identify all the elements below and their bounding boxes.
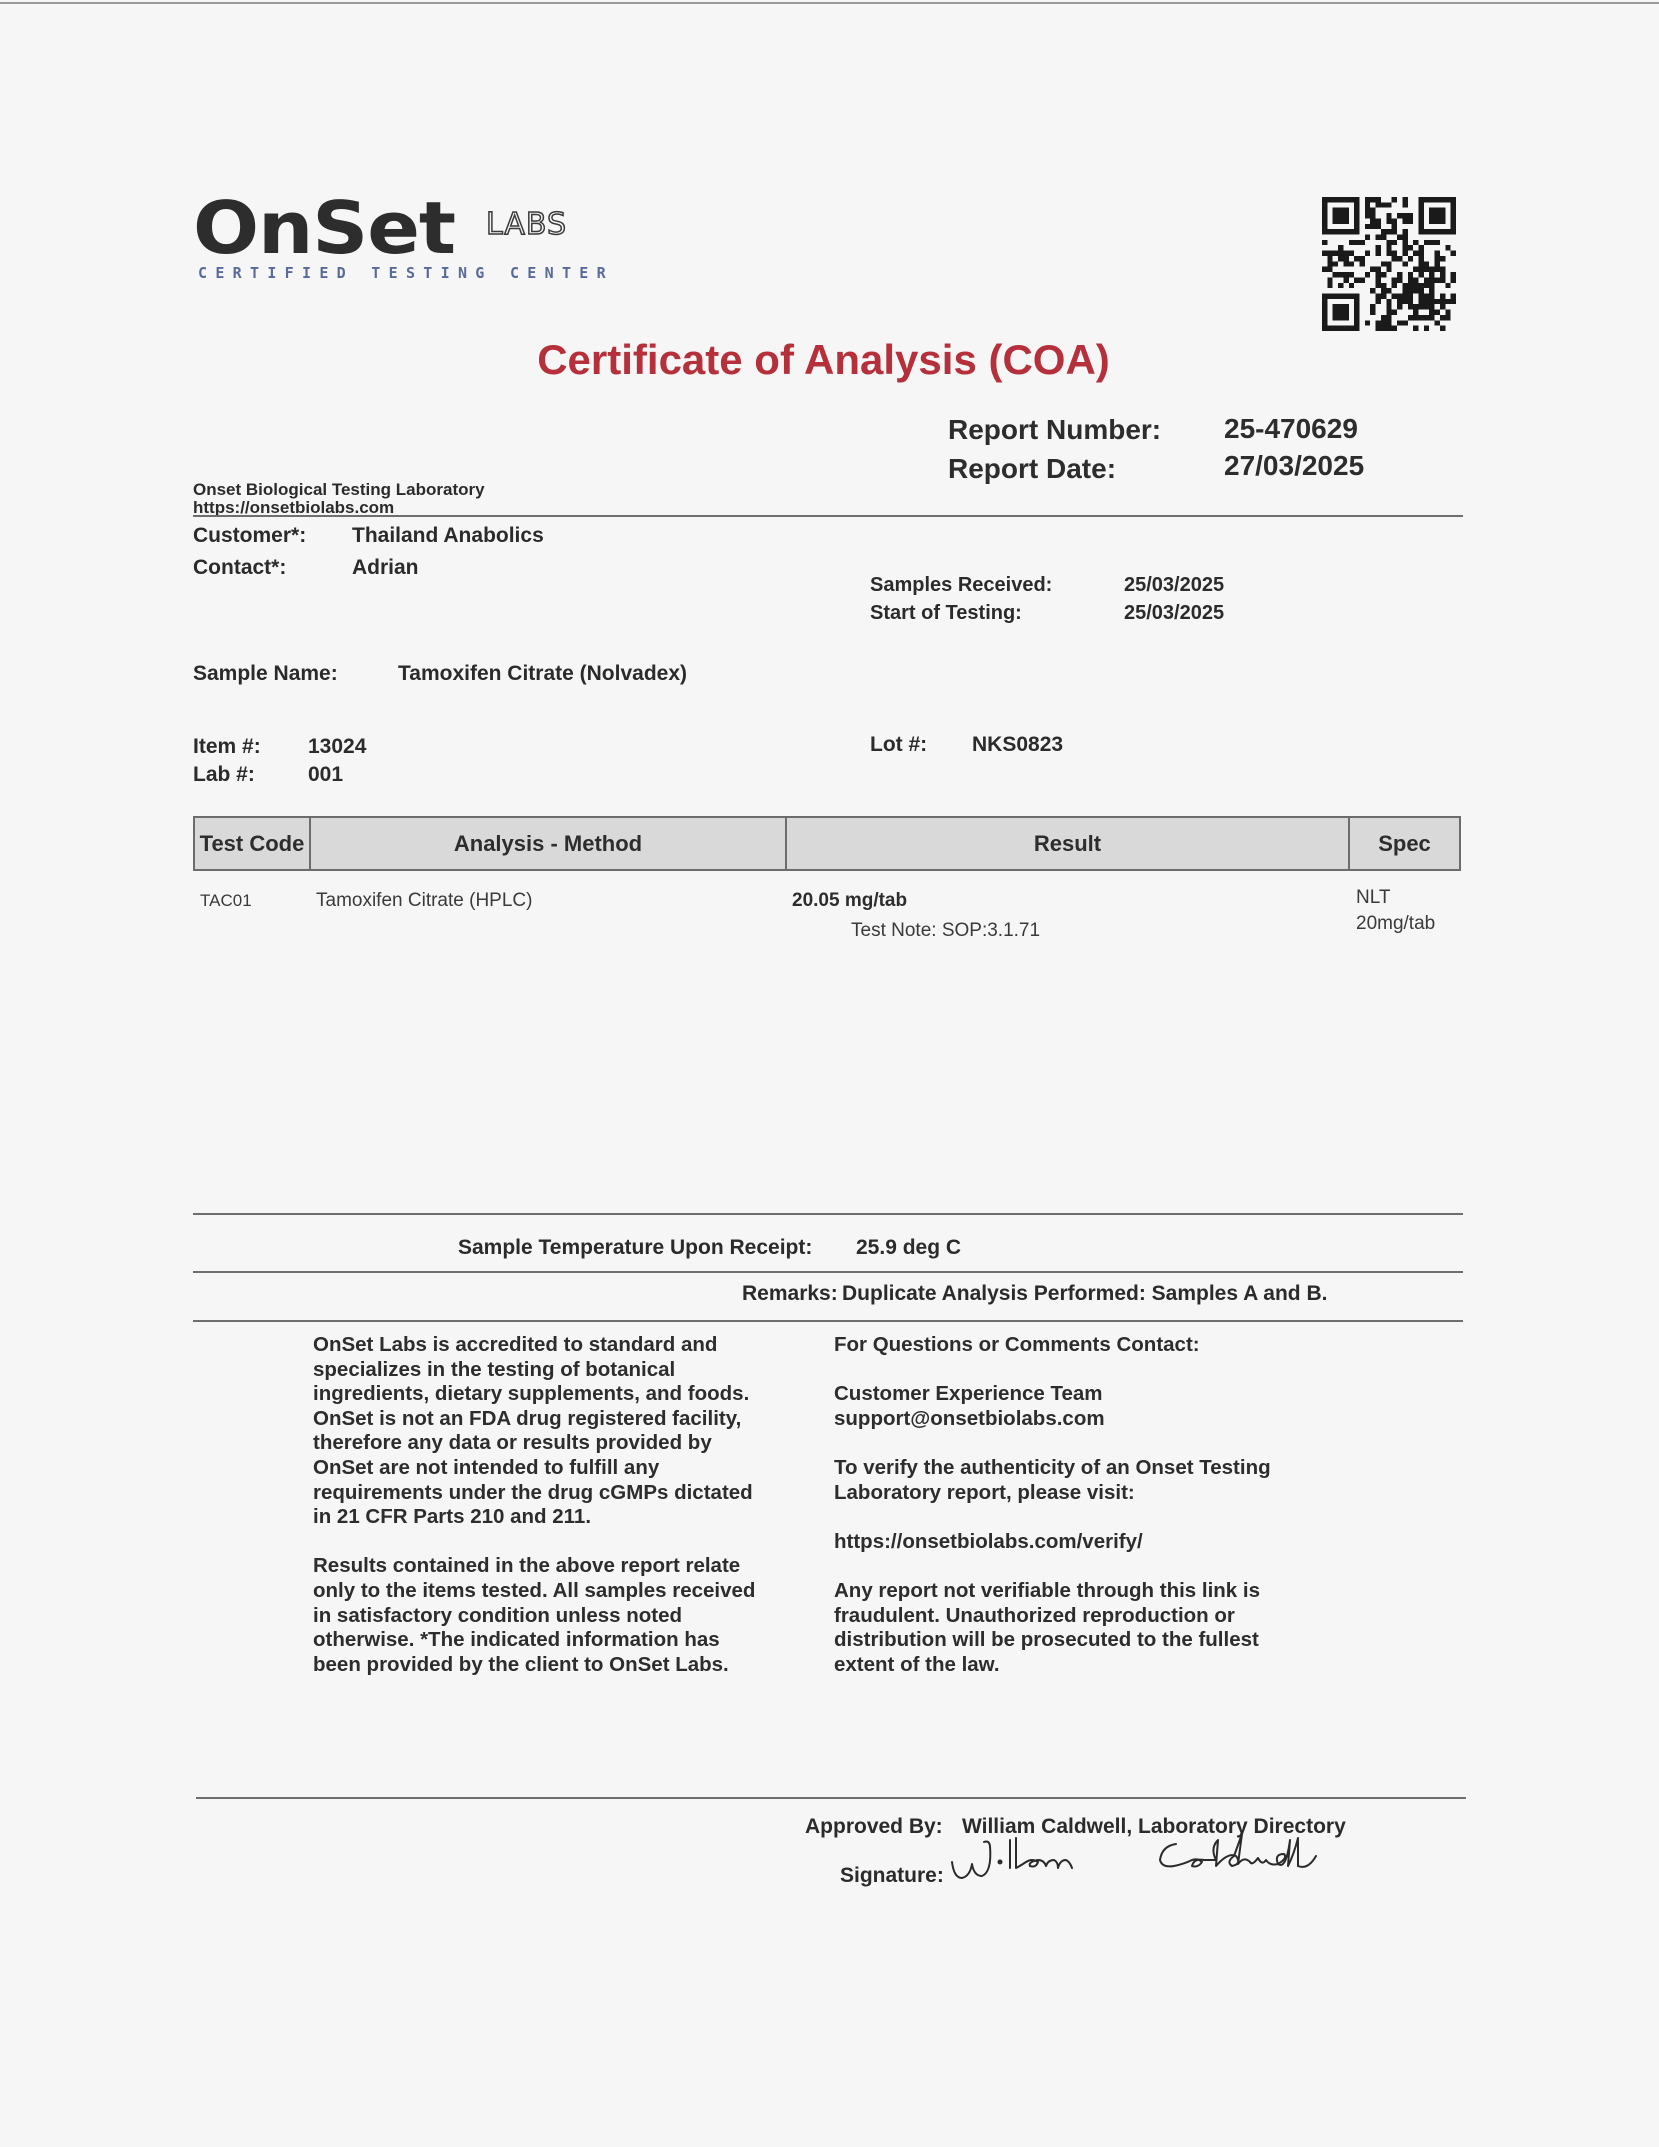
text-line: requirements under the drug cGMPs dictat…	[313, 1481, 753, 1504]
sample-name-value: Tamoxifen Citrate (Nolvadex)	[398, 662, 687, 686]
divider-remarks-bottom	[193, 1320, 1463, 1322]
temperature-label: Sample Temperature Upon Receipt:	[458, 1236, 812, 1260]
text-line: Laboratory report, please visit:	[834, 1481, 1135, 1504]
spec-cell-line1: NLT	[1356, 887, 1390, 909]
temperature-value: 25.9 deg C	[856, 1236, 961, 1260]
fraud-warning: Any report not verifiable through this l…	[834, 1579, 1354, 1677]
contact-heading: For Questions or Comments Contact:	[834, 1333, 1354, 1358]
item-number-label: Item #:	[193, 735, 261, 759]
text-line: in satisfactory condition unless noted	[313, 1604, 682, 1627]
disclaimer-left: OnSet Labs is accredited to standard and…	[313, 1333, 833, 1702]
column-header-result: Result	[787, 818, 1350, 869]
customer-value: Thailand Anabolics	[352, 524, 544, 548]
results-paragraph: Results contained in the above report re…	[313, 1554, 833, 1677]
accreditation-paragraph: OnSet Labs is accredited to standard and…	[313, 1333, 833, 1530]
text-line: Any report not verifiable through this l…	[834, 1579, 1260, 1602]
verify-url[interactable]: https://onsetbiolabs.com/verify/	[834, 1530, 1354, 1555]
text-line: OnSet are not intended to fulfill any	[313, 1456, 659, 1479]
contact-email[interactable]: support@onsetbiolabs.com	[834, 1407, 1105, 1430]
text-line: otherwise. *The indicated information ha…	[313, 1628, 720, 1651]
start-of-testing-value: 25/03/2025	[1124, 602, 1224, 625]
analysis-method-cell: Tamoxifen Citrate (HPLC)	[316, 890, 532, 912]
text-line: To verify the authenticity of an Onset T…	[834, 1456, 1271, 1479]
text-line: distribution will be prosecuted to the f…	[834, 1628, 1259, 1651]
text-line: specializes in the testing of botanical	[313, 1358, 675, 1381]
text-line: OnSet is not an FDA drug registered faci…	[313, 1407, 741, 1430]
text-line: only to the items tested. All samples re…	[313, 1579, 755, 1602]
page-top-border	[0, 2, 1659, 4]
text-line: in 21 CFR Parts 210 and 211.	[313, 1505, 591, 1528]
header-divider	[193, 515, 1463, 517]
qr-code-icon	[1322, 197, 1456, 331]
column-header-test-code: Test Code	[195, 818, 311, 869]
approved-by-label: Approved By:	[805, 1815, 943, 1839]
contact-value: Adrian	[352, 556, 419, 580]
report-date-label: Report Date:	[948, 453, 1116, 485]
text-line: ingredients, dietary supplements, and fo…	[313, 1382, 749, 1405]
signature-image	[948, 1826, 1388, 1886]
contact-block: Customer Experience Team support@onsetbi…	[834, 1382, 1354, 1431]
samples-received-label: Samples Received:	[870, 574, 1052, 597]
report-date: 27/03/2025	[1224, 450, 1364, 482]
document-title: Certificate of Analysis (COA)	[0, 336, 1659, 384]
text-line: been provided by the client to OnSet Lab…	[313, 1653, 729, 1676]
report-number-label: Report Number:	[948, 414, 1161, 446]
customer-label: Customer*:	[193, 524, 306, 548]
divider-temperature-top	[193, 1213, 1463, 1215]
text-line: fraudulent. Unauthorized reproduction or	[834, 1604, 1235, 1627]
item-number-value: 13024	[308, 735, 366, 759]
start-of-testing-label: Start of Testing:	[870, 602, 1022, 625]
text-line: therefore any data or results provided b…	[313, 1431, 712, 1454]
text-line: OnSet Labs is accredited to standard and	[313, 1333, 717, 1356]
lab-name: Onset Biological Testing Laboratory	[193, 480, 485, 500]
test-note-cell: Test Note: SOP:3.1.71	[851, 920, 1040, 942]
logo-tagline: CERTIFIED TESTING CENTER	[198, 266, 614, 281]
sample-name-label: Sample Name:	[193, 662, 338, 686]
lab-number-value: 001	[308, 763, 343, 787]
report-number: 25-470629	[1224, 413, 1358, 445]
test-code-cell: TAC01	[200, 891, 252, 911]
logo-labs: LABS	[486, 210, 567, 240]
column-header-analysis-method: Analysis - Method	[311, 818, 787, 869]
remarks-label: Remarks:	[742, 1282, 838, 1306]
logo-wordmark: OnSet	[193, 192, 455, 264]
column-header-spec: Spec	[1350, 818, 1459, 869]
spec-cell-line2: 20mg/tab	[1356, 913, 1435, 935]
text-line: extent of the law.	[834, 1653, 1000, 1676]
lab-number-label: Lab #:	[193, 763, 255, 787]
samples-received-value: 25/03/2025	[1124, 574, 1224, 597]
disclaimer-right: For Questions or Comments Contact: Custo…	[834, 1333, 1354, 1702]
text-line: Results contained in the above report re…	[313, 1554, 740, 1577]
lot-number-value: NKS0823	[972, 733, 1063, 757]
verify-instructions: To verify the authenticity of an Onset T…	[834, 1456, 1354, 1505]
results-table-header: Test Code Analysis - Method Result Spec	[193, 816, 1461, 871]
result-cell: 20.05 mg/tab	[792, 890, 907, 912]
contact-label: Contact*:	[193, 556, 286, 580]
divider-remarks-top	[193, 1271, 1463, 1273]
lot-number-label: Lot #:	[870, 733, 927, 757]
contact-team: Customer Experience Team	[834, 1382, 1103, 1405]
remarks-value: Duplicate Analysis Performed: Samples A …	[842, 1282, 1327, 1306]
divider-approval	[196, 1797, 1466, 1799]
signature-label: Signature:	[840, 1864, 944, 1888]
